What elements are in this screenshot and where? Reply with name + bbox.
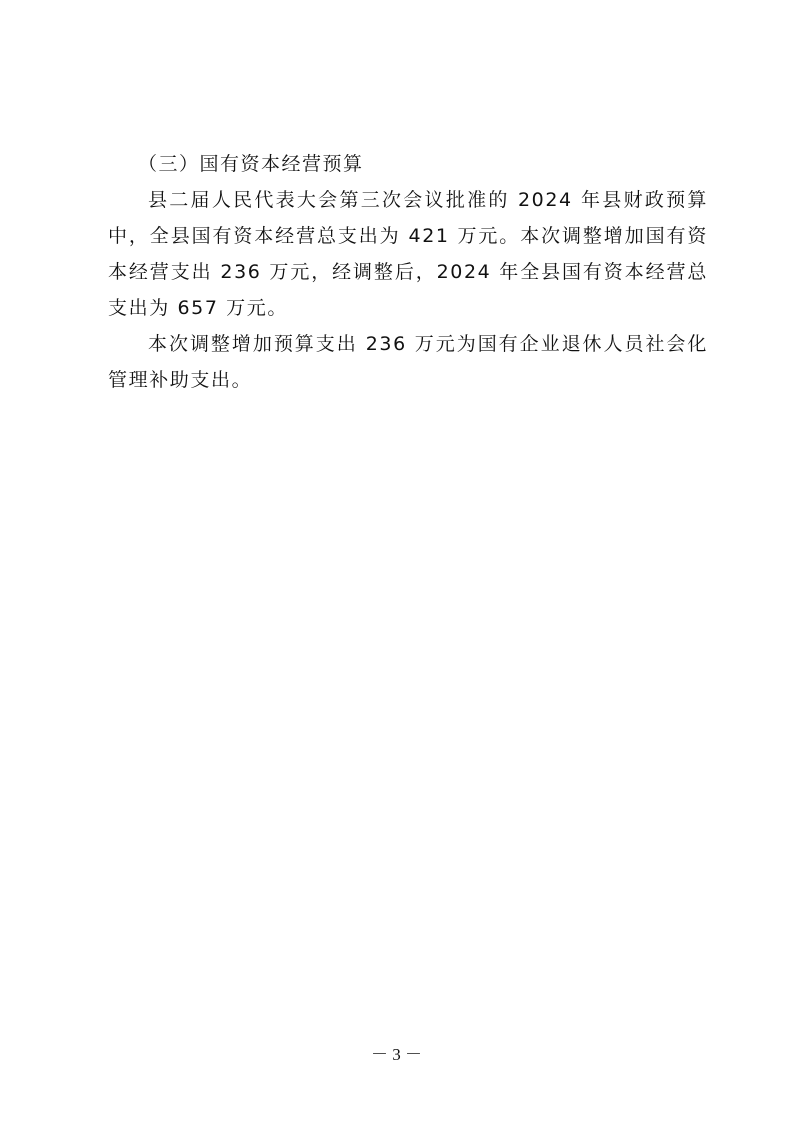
document-body: （三）国有资本经营预算 县二届人民代表大会第三次会议批准的 2024 年县财政预… xyxy=(108,146,708,398)
page-number: － 3 － xyxy=(0,1040,793,1065)
document-page: （三）国有资本经营预算 县二届人民代表大会第三次会议批准的 2024 年县财政预… xyxy=(0,0,793,1122)
section-heading: （三）国有资本经营预算 xyxy=(108,146,708,182)
paragraph-adjustment-purpose: 本次调整增加预算支出 236 万元为国有企业退休人员社会化管理补助支出。 xyxy=(108,326,708,398)
paragraph-budget-summary: 县二届人民代表大会第三次会议批准的 2024 年县财政预算中，全县国有资本经营总… xyxy=(108,182,708,326)
